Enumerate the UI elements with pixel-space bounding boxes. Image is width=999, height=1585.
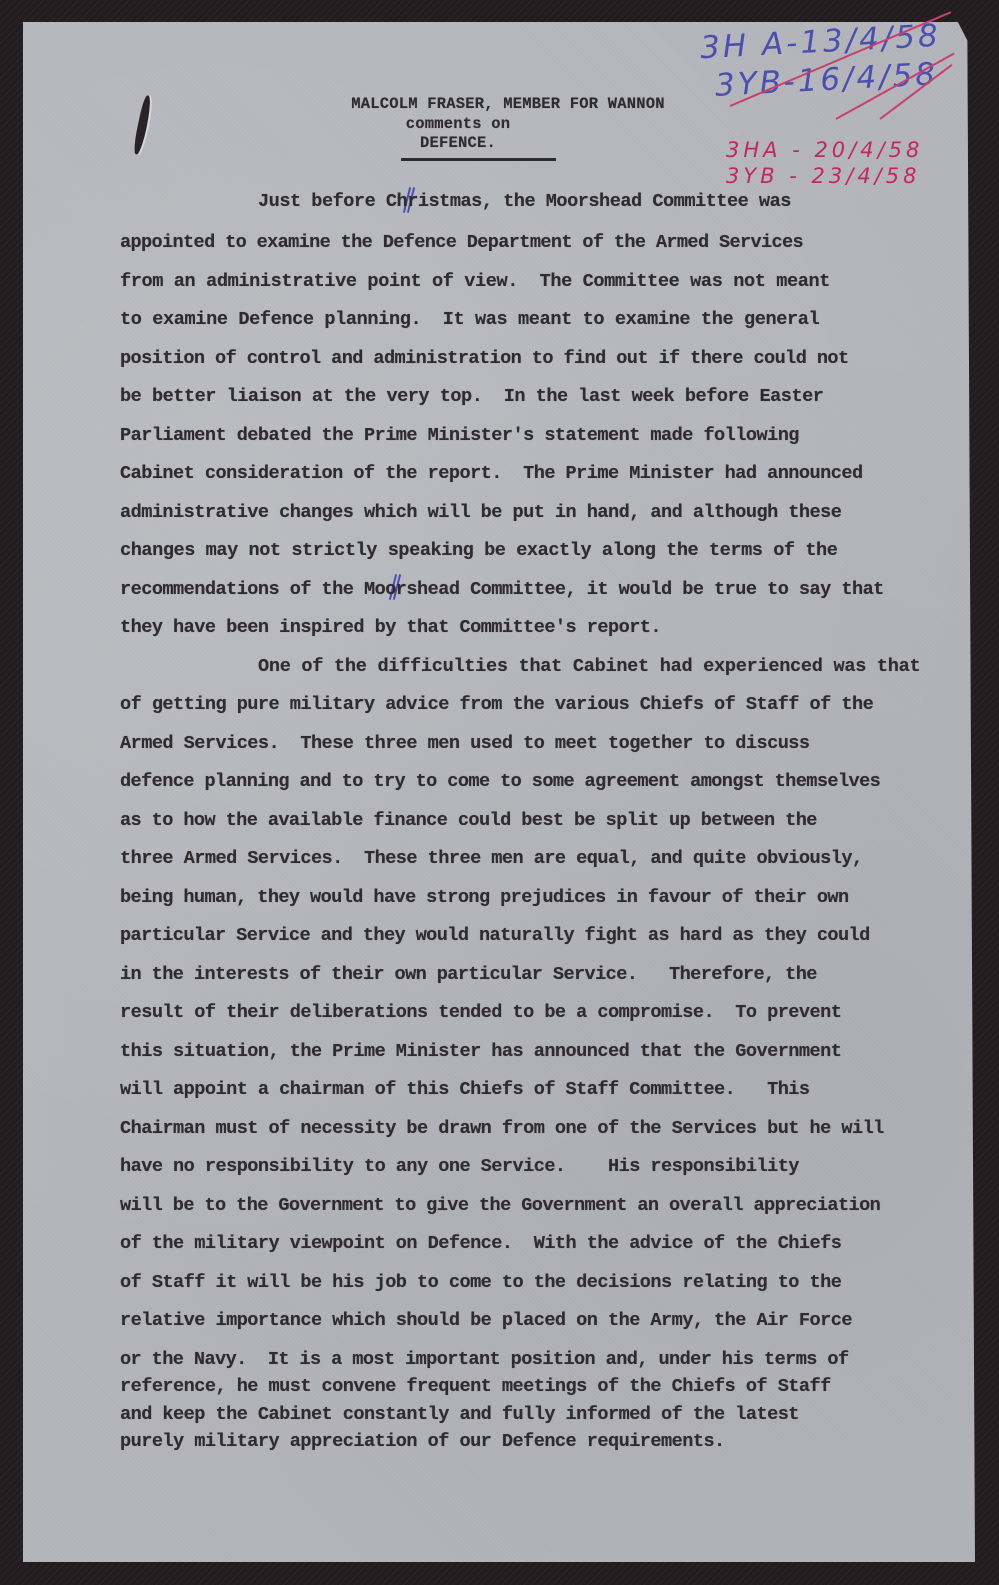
body-line: be better liaison at the very top. In th… — [120, 387, 823, 407]
body-line: of Staff it will be his job to come to t… — [120, 1273, 841, 1293]
body-line: or the Navy. It is a most important posi… — [120, 1350, 849, 1370]
body-line: appointed to examine the Defence Departm… — [120, 233, 803, 253]
body-line: changes may not strictly speaking be exa… — [120, 541, 837, 561]
body-line: will be to the Government to give the Go… — [120, 1196, 880, 1216]
body-line: Just before Christmas, the Moorshead Com… — [258, 192, 791, 212]
body-line: being human, they would have strong prej… — [120, 888, 849, 908]
body-line: in the interests of their own particular… — [120, 965, 817, 985]
handwritten-note-red-1: 3HA - 20/4/58 — [726, 138, 923, 162]
body-line: have no responsibility to any one Servic… — [120, 1157, 799, 1177]
heading-subtitle: comments on — [318, 114, 598, 134]
handwritten-note-red-2: 3YB - 23/4/58 — [726, 164, 920, 188]
body-line: will appoint a chairman of this Chiefs o… — [120, 1080, 810, 1100]
heading-title: DEFENCE. — [318, 133, 598, 153]
body-line: they have been inspired by that Committe… — [120, 618, 661, 638]
body-line: recommendations of the Moorshead Committ… — [120, 580, 884, 600]
body-line: Chairman must of necessity be drawn from… — [120, 1119, 884, 1139]
body-line: three Armed Services. These three men ar… — [120, 849, 863, 869]
heading-author-line: MALCOLM FRASER, MEMBER FOR WANNON — [318, 94, 698, 114]
body-line: from an administrative point of view. Th… — [120, 272, 830, 292]
body-line: particular Service and they would natura… — [120, 926, 870, 946]
body-line: this situation, the Prime Minister has a… — [120, 1042, 841, 1062]
body-line: to examine Defence planning. It was mean… — [120, 310, 819, 330]
heading-underline — [401, 158, 556, 161]
body-line: relative importance which should be plac… — [120, 1311, 852, 1331]
body-line: Parliament debated the Prime Minister's … — [120, 426, 799, 446]
body-line: defence planning and to try to come to s… — [120, 772, 880, 792]
body-line: as to how the available finance could be… — [120, 811, 817, 831]
body-line: Cabinet consideration of the report. The… — [120, 464, 863, 484]
body-line: and keep the Cabinet constantly and full… — [120, 1405, 799, 1425]
body-line: of the military viewpoint on Defence. Wi… — [120, 1234, 841, 1254]
body-line: result of their deliberations tended to … — [120, 1003, 841, 1023]
body-line: One of the difficulties that Cabinet had… — [258, 657, 920, 677]
body-line: of getting pure military advice from the… — [120, 695, 873, 715]
body-line: Armed Services. These three men used to … — [120, 734, 810, 754]
typewritten-page — [23, 22, 975, 1562]
body-line: administrative changes which will be put… — [120, 503, 841, 523]
body-line: reference, he must convene frequent meet… — [120, 1377, 831, 1397]
body-line: purely military appreciation of our Defe… — [120, 1432, 725, 1452]
body-line: position of control and administration t… — [120, 349, 849, 369]
